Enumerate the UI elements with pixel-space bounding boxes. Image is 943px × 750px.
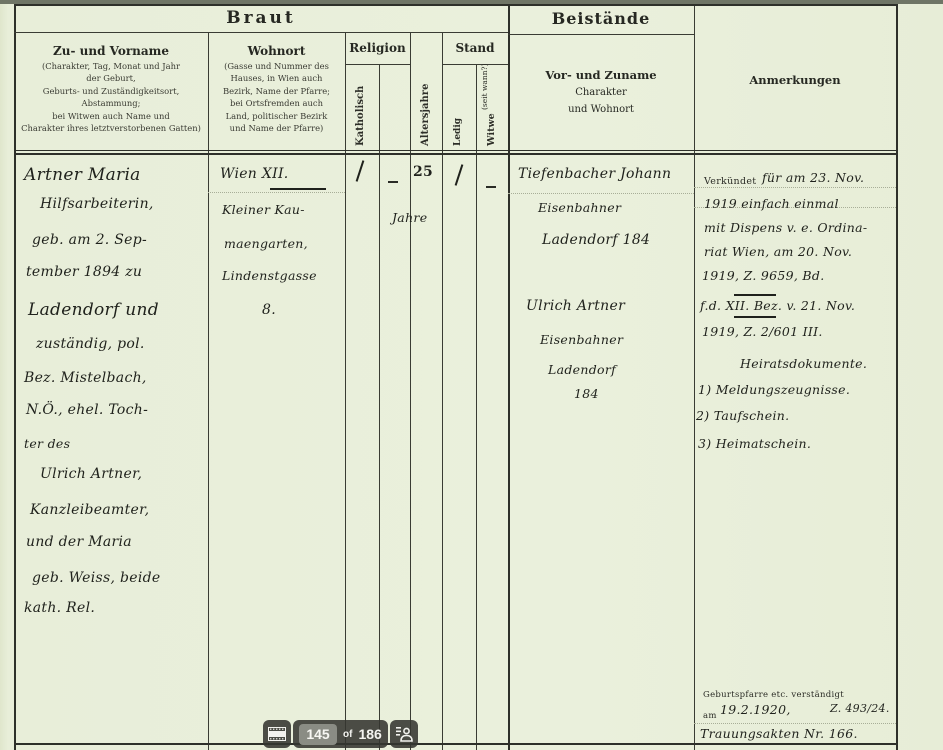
column-header-religion: Religion	[345, 41, 410, 55]
beistand-line: Ladendorf	[548, 362, 616, 377]
col-divider	[442, 32, 443, 750]
column-subtitle-line: Land, politischer Bezirk	[208, 110, 345, 122]
underline	[734, 316, 776, 318]
header-divider-religion	[345, 64, 410, 65]
entry-wohnort-line: Wien XII.	[220, 166, 289, 182]
table-border-right	[896, 4, 898, 750]
column-title: Wohnort	[208, 44, 345, 58]
anmerkung-line: mit Dispens v. e. Ordina-	[704, 220, 867, 235]
scanned-register-page: Braut Beistände Zu- und Vorname (Charakt…	[0, 0, 943, 750]
ruled-line	[208, 192, 345, 193]
entry-name-line: Artner Maria	[24, 165, 141, 185]
column-header-anmerkungen: Anmerkungen	[694, 73, 896, 87]
trauungsakten-number: Trauungsakten Nr. 166.	[700, 726, 858, 741]
column-header-witwe-note: (seit wann?)	[481, 70, 489, 110]
entry-bottom-line	[14, 743, 898, 745]
filmstrip-icon	[268, 727, 286, 741]
header-bottom-line	[14, 153, 898, 155]
entry-katholisch-mark	[356, 160, 365, 182]
column-title: Zu- und Vorname	[14, 44, 208, 58]
entry-name-line: geb. Weiss, beide	[32, 570, 160, 586]
beistand-line: Tiefenbacher Johann	[518, 166, 671, 182]
column-subtitle-line: Charakter ihres letztverstorbenen Gatten…	[14, 122, 208, 134]
col-divider	[410, 32, 411, 750]
anmerkung-line: für am 23. Nov.	[762, 170, 864, 185]
page-counter: 145 of 186	[293, 720, 388, 748]
entry-name-line: geb. am 2. Sep-	[32, 232, 147, 248]
anmerkung-line: riat Wien, am 20. Nov.	[704, 244, 852, 259]
beistand-line: Eisenbahner	[538, 200, 621, 215]
col-divider	[694, 4, 695, 750]
entry-name-line: kath. Rel.	[24, 600, 95, 616]
beistand-line: Ulrich Artner	[526, 298, 625, 314]
anmerkung-line: f.d. XII. Bez. v. 21. Nov.	[700, 298, 855, 313]
entry-ledig-mark	[455, 164, 464, 186]
header-divider	[508, 34, 694, 35]
entry-alter: 25	[413, 164, 433, 180]
group-header-braut: Braut	[14, 8, 508, 28]
col-divider	[208, 32, 209, 750]
anmerkung-line: 2) Taufschein.	[696, 408, 789, 423]
beistand-line: Ladendorf 184	[542, 232, 650, 248]
column-subtitle-line: Geburts- und Zuständigkeitsort,	[14, 85, 208, 97]
col-divider	[379, 64, 380, 750]
entry-wohnort-line: Lindenstgasse	[222, 268, 317, 283]
underline	[270, 188, 326, 190]
entry-name-line: Ulrich Artner,	[40, 466, 142, 482]
column-header-stand: Stand	[442, 41, 508, 55]
column-subtitle-line: Abstammung;	[14, 97, 208, 109]
filmstrip-button[interactable]	[263, 720, 291, 748]
entry-wohnort-line: Kleiner Kau-	[222, 202, 305, 217]
beistand-line: Eisenbahner	[540, 332, 623, 347]
ruled-line	[694, 723, 896, 724]
entry-wohnort-line: 8.	[262, 302, 276, 318]
entry-name-line: tember 1894 zu	[26, 264, 142, 280]
entry-religion-other-dash	[388, 181, 398, 183]
entry-name-line: N.Ö., ehel. Toch-	[26, 402, 148, 418]
anmerkung-line: 1919 einfach einmal	[704, 196, 839, 211]
column-header-witwe: Witwe	[486, 113, 497, 146]
column-header-katholisch: Katholisch	[355, 86, 366, 146]
column-subtitle-line: Hauses, in Wien auch	[208, 72, 345, 84]
group-header-beistaende: Beistände	[508, 9, 694, 28]
entry-wohnort-line: maengarten,	[224, 236, 308, 251]
column-subtitle-line: der Geburt,	[14, 72, 208, 84]
page-navigator-toolbar: 145 of 186	[263, 720, 418, 748]
entry-name-line: zuständig, pol.	[36, 336, 145, 352]
entry-name-line: Kanzleibeamter,	[30, 502, 149, 518]
am-label: am	[703, 711, 717, 721]
ruled-line	[694, 187, 896, 188]
header-divider	[14, 32, 508, 33]
of-label: of	[343, 729, 352, 740]
column-subtitle-line: (Charakter, Tag, Monat und Jahr	[14, 60, 208, 72]
column-header-wohnort: Wohnort (Gasse und Nummer des Hauses, in…	[208, 44, 345, 134]
header-bottom-line	[14, 150, 898, 151]
anmerkung-line: 3) Heimatschein.	[698, 436, 811, 451]
verstaendigt-date: 19.2.1920,	[720, 702, 791, 717]
column-header-beistaende: Vor- und Zuname Charakter und Wohnort	[508, 68, 694, 118]
anmerkung-line: 1919, Z. 9659, Bd.	[702, 268, 825, 283]
beistand-line: 184	[574, 386, 599, 401]
column-subtitle-line: und Name der Pfarre)	[208, 122, 345, 134]
column-subtitle-line: Bezirk, Name der Pfarre;	[208, 85, 345, 97]
col-divider	[345, 32, 346, 750]
ruled-line	[508, 193, 694, 194]
column-subtitle-line: bei Witwen auch Name und	[14, 110, 208, 122]
column-subtitle-line: bei Ortsfremden auch	[208, 97, 345, 109]
total-pages: 186	[358, 726, 381, 742]
column-subtitle-line: Charakter	[508, 84, 694, 102]
table-border-top	[14, 4, 898, 6]
entry-name-line: Ladendorf und	[28, 300, 159, 320]
column-header-name: Zu- und Vorname (Charakter, Tag, Monat u…	[14, 44, 208, 134]
geburtspfarre-verstaendigt-label: Geburtspfarre etc. verständigt	[703, 690, 844, 700]
underline	[734, 294, 776, 296]
col-divider	[476, 64, 477, 750]
anmerkung-line: 1919, Z. 2/601 III.	[702, 324, 823, 339]
column-title: Vor- und Zuname	[508, 68, 694, 82]
entry-name-line: und der Maria	[26, 534, 132, 550]
current-page-input[interactable]: 145	[299, 724, 337, 745]
entry-name-line: ter des	[24, 436, 70, 451]
column-subtitle-line: und Wohnort	[508, 102, 694, 118]
entry-alter-unit: Jahre	[392, 210, 427, 225]
entry-name-line: Bez. Mistelbach,	[24, 370, 147, 386]
anmerkung-line: 1) Meldungszeugnisse.	[698, 382, 850, 397]
verstaendigt-zahl: Z. 493/24.	[830, 702, 890, 715]
anmerkung-line: Heiratsdokumente.	[740, 356, 867, 371]
header-divider-stand	[442, 64, 508, 65]
index-list-person-icon	[395, 725, 413, 743]
column-header-altersjahre: Altersjahre	[420, 84, 431, 146]
column-header-ledig: Ledig	[453, 118, 463, 146]
entry-name-line: Hilfsarbeiterin,	[40, 196, 154, 212]
entry-witwe-dash	[486, 186, 496, 188]
verkuendet-label: Verkündet	[704, 176, 756, 187]
index-button[interactable]	[390, 720, 418, 748]
column-subtitle-line: (Gasse und Nummer des	[208, 60, 345, 72]
